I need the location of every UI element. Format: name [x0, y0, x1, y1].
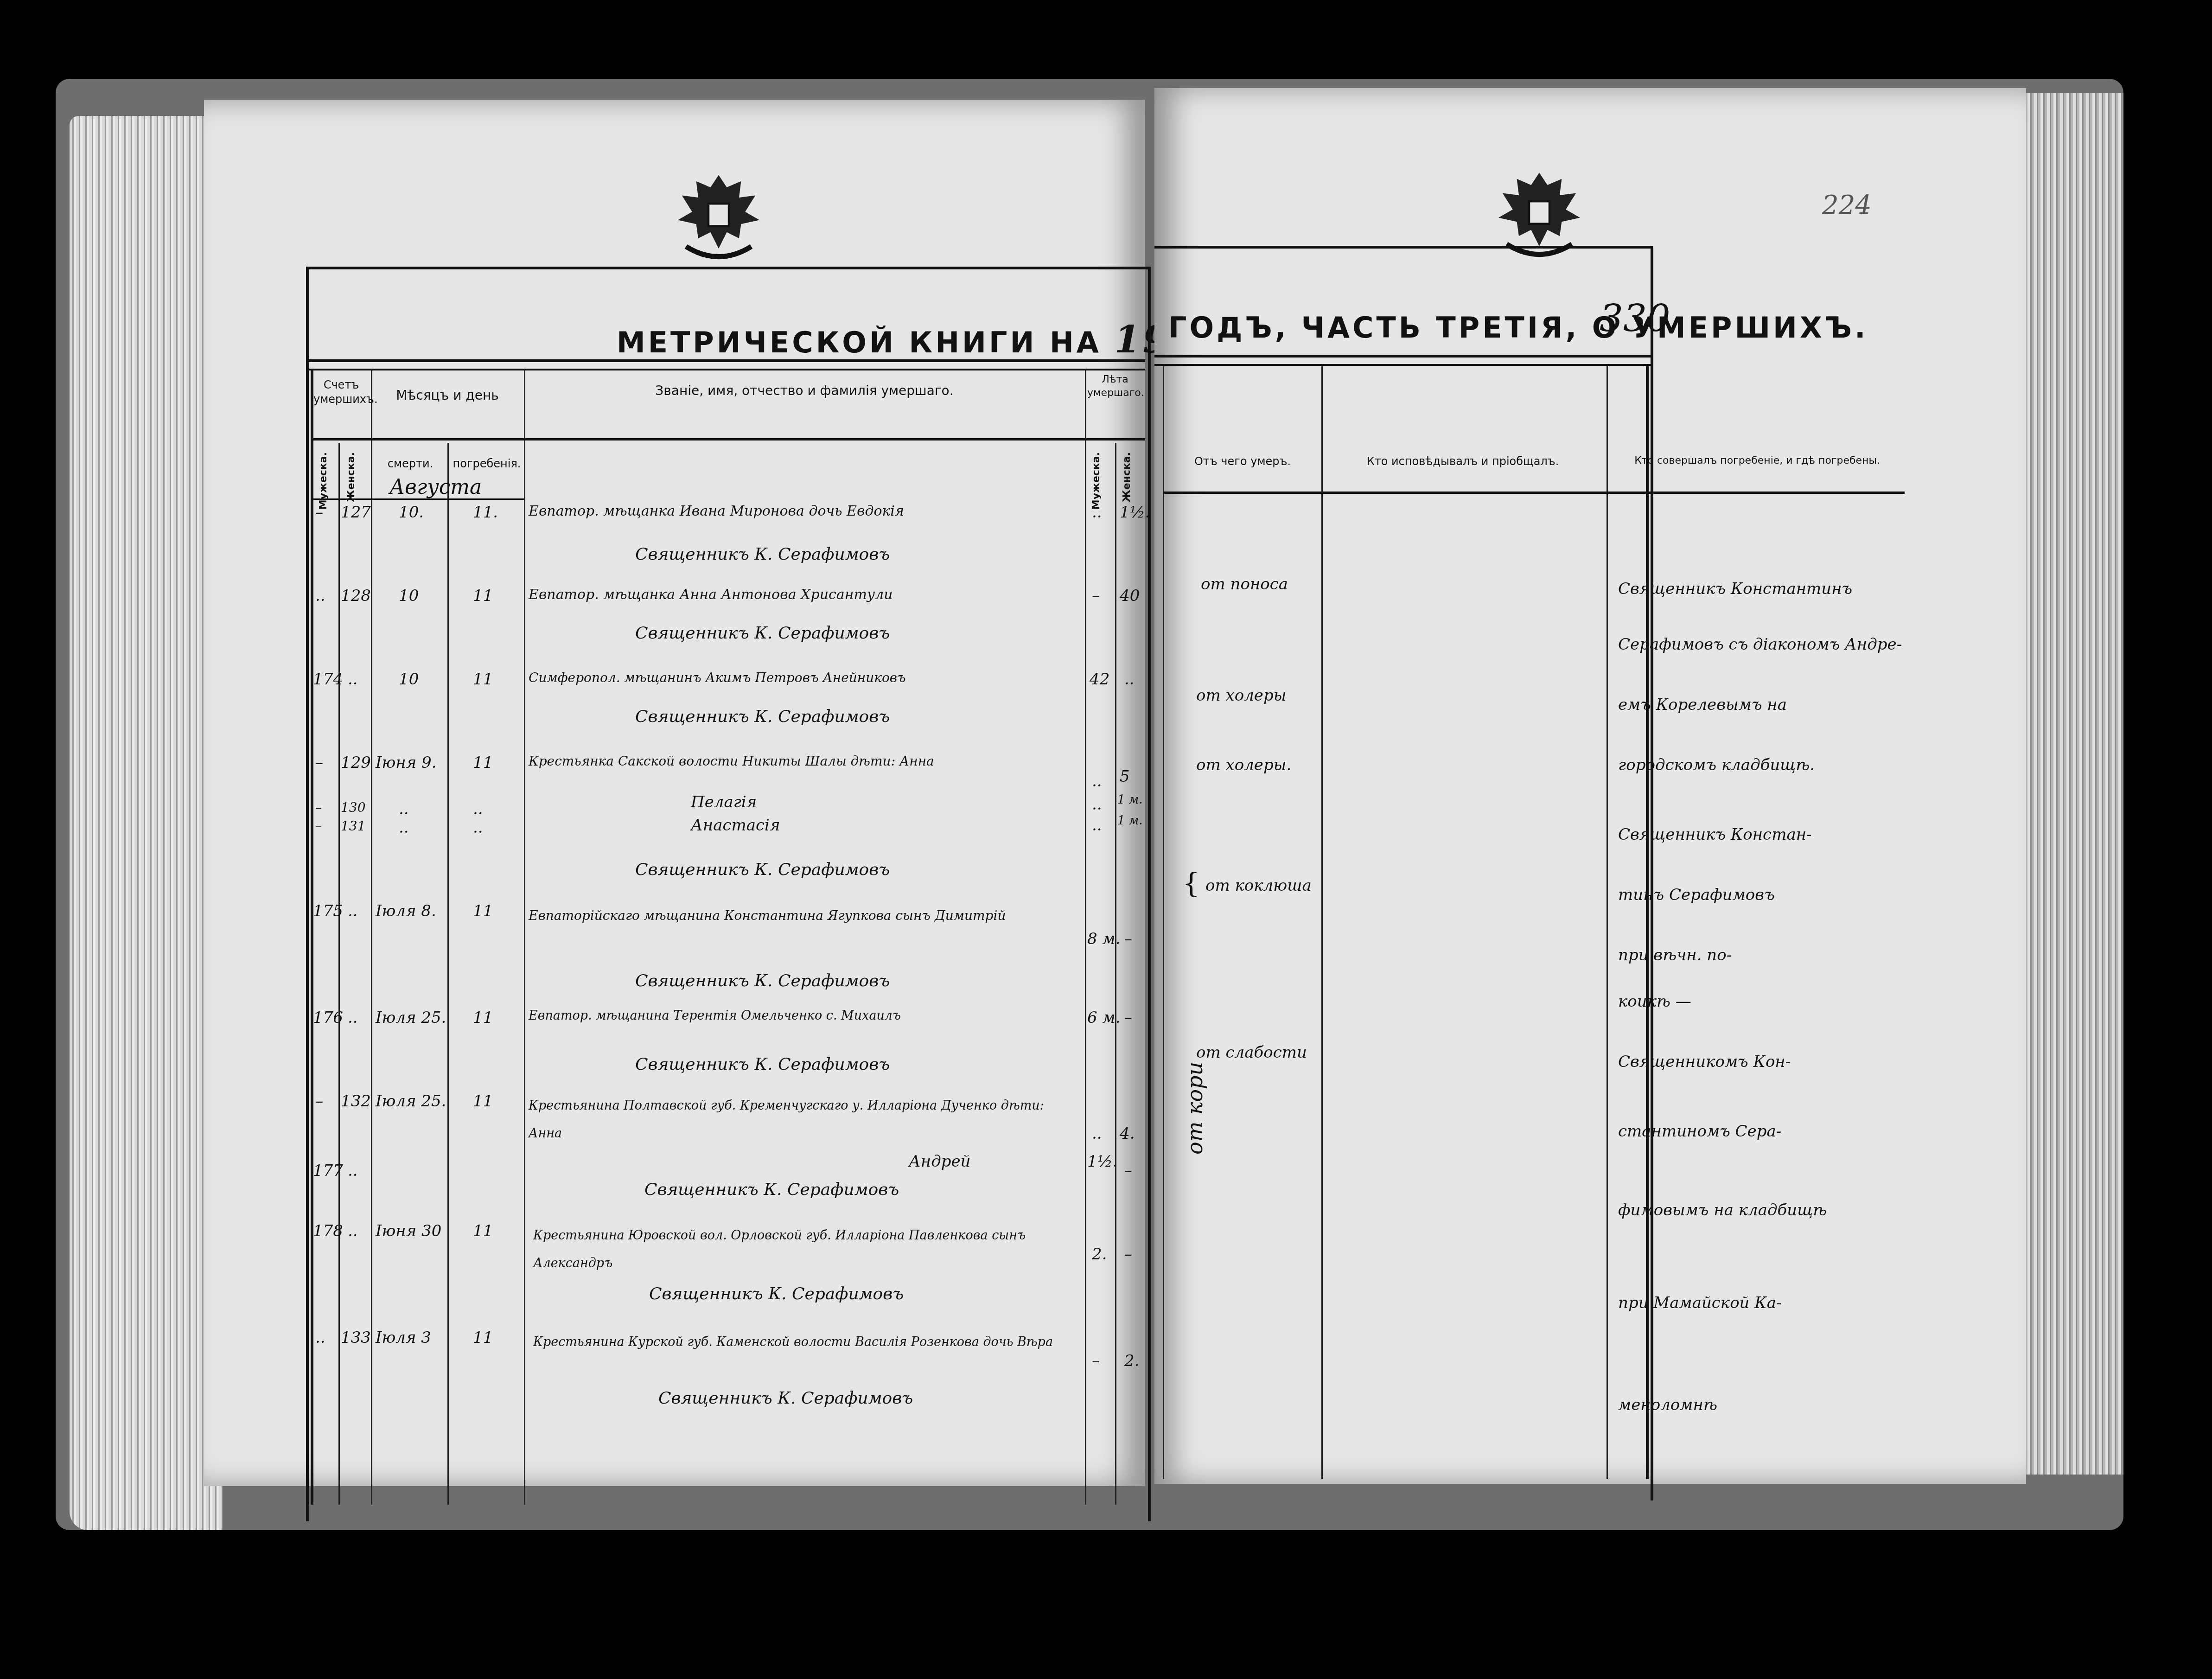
cause-of-death: от поноса: [1201, 575, 1288, 594]
burial-note: Серафимовъ съ діакономъ Андре-: [1618, 635, 1902, 654]
count-male: –: [315, 818, 322, 834]
priest-signature: Священникъ К. Серафимовъ: [635, 707, 890, 726]
burial-note: городскомъ кладбищѣ.: [1618, 756, 1815, 774]
burial-date: 11: [473, 753, 493, 772]
deceased-name: Евпатор. мѣщанка Анна Антонова Хрисантул…: [529, 587, 893, 603]
age-female: 1 м.: [1117, 814, 1143, 828]
death-date: Іюля 8.: [376, 902, 436, 920]
header-confessor: Кто исповѣдывалъ и пріобщалъ.: [1324, 454, 1602, 469]
col-line: [524, 369, 525, 1505]
age-female: –: [1124, 1245, 1132, 1264]
burial-note: Священникомъ Кон-: [1618, 1053, 1791, 1071]
col-line: [371, 369, 372, 1505]
burial-date: ..: [473, 800, 483, 818]
deceased-name: Крестьянина Юровской вол. Орловской губ.…: [533, 1222, 1080, 1277]
age-male: ..: [1092, 772, 1102, 791]
age-female: –: [1124, 1162, 1132, 1180]
age-male: 8 м.: [1087, 930, 1120, 948]
header-month-day: Мѣсяцъ и день: [371, 387, 524, 404]
burial-note: при вѣчн. по-: [1618, 946, 1732, 964]
count-female: ..: [348, 1009, 358, 1027]
burial-date: 11: [473, 902, 493, 920]
count-female: 129: [341, 753, 371, 772]
header-age-male: Мужеска.: [1090, 452, 1102, 510]
count-male: 175: [313, 902, 343, 920]
header-rule: [1154, 355, 1651, 366]
priest-signature: Священникъ К. Серафимовъ: [635, 624, 890, 643]
left-page: МЕТРИЧЕСКОЙ КНИГИ НА 1910 Счетъ умершихъ…: [204, 100, 1145, 1486]
header-count-male: Мужеска.: [318, 452, 329, 510]
col-line: [1163, 366, 1164, 1479]
burial-note: меноломнѣ: [1618, 1396, 1717, 1414]
col-line: [338, 443, 340, 1505]
burial-note: при Мамайской Ка-: [1618, 1294, 1781, 1312]
death-date: ..: [399, 818, 409, 837]
count-female: ..: [348, 1222, 358, 1240]
age-male: 2.: [1092, 1245, 1107, 1264]
count-male: 174: [313, 670, 343, 689]
age-male: ..: [1092, 795, 1102, 814]
page-number: 330: [1600, 297, 1670, 340]
count-female: ..: [348, 1162, 358, 1180]
col-line: [311, 369, 313, 1505]
age-male: 42: [1090, 670, 1109, 689]
count-female: 128: [341, 587, 371, 605]
age-female: 2.: [1124, 1352, 1139, 1370]
row-line: [1163, 492, 1905, 494]
age-male: –: [1092, 587, 1100, 605]
count-female: 127: [341, 503, 371, 522]
month-label: Августа: [389, 475, 482, 499]
priest-signature: Священникъ К. Серафимовъ: [635, 1055, 890, 1074]
deceased-name: Евпатор. мѣщанка Ивана Миронова дочь Евд…: [529, 503, 904, 519]
cause-of-death: от холеры.: [1196, 756, 1291, 774]
count-female: ..: [348, 902, 358, 920]
count-male: 177: [313, 1162, 343, 1180]
count-male: –: [315, 1092, 323, 1111]
burial-note: Священникъ Константинъ: [1618, 580, 1852, 598]
count-female: ..: [348, 670, 358, 689]
col-line: [1321, 366, 1323, 1479]
deceased-name: Симферопол. мѣщанинъ Акимъ Петровъ Анейн…: [529, 670, 906, 685]
burial-note: фимовымъ на кладбищѣ: [1618, 1201, 1827, 1219]
col-line: [1085, 369, 1086, 1505]
death-date: 10: [399, 670, 419, 689]
burial-date: 11: [473, 1328, 493, 1347]
header-count: Счетъ умершихъ.: [313, 378, 369, 407]
age-female: 1½.: [1120, 503, 1150, 522]
deceased-name: Крестьянка Сакской волости Никиты Шалы д…: [529, 753, 934, 769]
count-male: –: [315, 503, 323, 522]
count-female: 132: [341, 1092, 371, 1111]
death-date: Іюня 9.: [376, 753, 437, 772]
col-line: [1646, 366, 1649, 1479]
priest-signature: Священникъ К. Серафимовъ: [658, 1389, 913, 1408]
death-date: Іюля 25.: [376, 1092, 446, 1111]
count-male: –: [315, 800, 322, 815]
title-right: ГОДЪ, ЧАСТЬ ТРЕТІЯ, О УМЕРШИХЪ.: [1168, 311, 1868, 345]
age-male: 1½.: [1087, 1152, 1117, 1171]
burial-note: емъ Корелевымъ на: [1618, 696, 1787, 714]
cause-of-death: от коклюша: [1205, 876, 1312, 895]
col-line: [447, 443, 449, 1505]
header-age-female: Женска.: [1121, 452, 1133, 502]
count-male: 176: [313, 1009, 343, 1027]
burial-date: 11: [473, 670, 493, 689]
death-date: 10.: [399, 503, 424, 522]
age-female: 1 м.: [1117, 793, 1143, 807]
header-age: Лѣта умершаго.: [1087, 373, 1143, 400]
burial-date: 11.: [473, 503, 498, 522]
age-male: ..: [1092, 816, 1102, 835]
cause-of-death-vertical: от кори: [1182, 1062, 1207, 1155]
age-female: ..: [1124, 670, 1135, 689]
age-female: 40: [1120, 587, 1140, 605]
right-page: 224 ГОДЪ, ЧАСТЬ ТРЕТІЯ, О УМЕРШИХЪ. 330 …: [1154, 88, 2026, 1484]
header-name: Званіе, имя, отчество и фамилія умершаго…: [529, 383, 1080, 399]
brace-icon: {: [1182, 867, 1200, 900]
table-frame: [1154, 246, 1653, 1500]
deceased-name: Крестьянина Курской губ. Каменской волос…: [533, 1328, 1080, 1356]
priest-signature: Священникъ К. Серафимовъ: [649, 1284, 904, 1303]
col-line: [1115, 443, 1116, 1505]
burial-note: стантиномъ Сера-: [1618, 1122, 1781, 1141]
count-male: –: [315, 753, 323, 772]
archive-number: 224: [1822, 190, 1872, 220]
row-line: [311, 438, 1145, 440]
death-date: Іюля 3: [376, 1328, 431, 1347]
age-female: 4.: [1120, 1124, 1135, 1143]
cause-of-death: от холеры: [1196, 686, 1286, 705]
burial-date: 11: [473, 1092, 493, 1111]
age-male: 6 м.: [1087, 1009, 1120, 1027]
deceased-name: Андрей: [909, 1152, 970, 1171]
age-female: –: [1124, 930, 1132, 948]
double-headed-eagle-icon: [668, 165, 770, 271]
priest-signature: Священникъ К. Серафимовъ: [635, 860, 890, 879]
count-female: 130: [341, 800, 365, 815]
count-male: ..: [315, 587, 325, 605]
burial-date: 11: [473, 587, 493, 605]
deceased-name: Евпаторійскаго мѣщанина Константина Ягуп…: [529, 902, 1080, 930]
age-female: –: [1124, 1009, 1132, 1027]
col-line: [1606, 366, 1608, 1479]
priest-signature: Священникъ К. Серафимовъ: [635, 971, 890, 990]
count-male: 178: [313, 1222, 343, 1240]
deceased-name: Евпатор. мѣщанина Терентія Омельченко с.…: [529, 1009, 901, 1023]
deceased-name: Пелагія: [691, 793, 757, 811]
death-date: Іюня 30: [376, 1222, 441, 1240]
header-burial-by: Кто совершалъ погребеніе, и гдѣ погребен…: [1609, 454, 1906, 468]
page-edges-right: [2012, 93, 2123, 1475]
header-cause: Отъ чего умеръ.: [1166, 454, 1319, 469]
age-male: ..: [1092, 1124, 1102, 1143]
burial-date: 11: [473, 1009, 493, 1027]
burial-note: тинъ Серафимовъ: [1618, 886, 1775, 904]
age-male: ..: [1092, 503, 1102, 522]
burial-note: коикѣ —: [1618, 992, 1691, 1011]
header-count-female: Женска.: [345, 452, 357, 502]
age-female: 5: [1120, 767, 1130, 786]
burial-date: ..: [473, 818, 483, 837]
title-left: МЕТРИЧЕСКОЙ КНИГИ НА 1910: [617, 318, 1229, 361]
header-burial: погребенія.: [450, 457, 524, 471]
death-date: Іюля 25.: [376, 1009, 446, 1027]
priest-signature: Священникъ К. Серафимовъ: [644, 1180, 899, 1199]
burial-note: Священникъ Констан-: [1618, 825, 1812, 844]
deceased-name: Анастасія: [691, 816, 780, 835]
death-date: 10: [399, 587, 419, 605]
death-date: ..: [399, 800, 409, 818]
priest-signature: Священникъ К. Серафимовъ: [635, 545, 890, 564]
count-female: 131: [341, 818, 365, 834]
deceased-name: Крестьянина Полтавской губ. Кременчугска…: [529, 1092, 1080, 1148]
cause-of-death: от слабости: [1196, 1043, 1307, 1062]
count-male: ..: [315, 1328, 325, 1347]
header-rule: [309, 359, 1145, 370]
age-male: –: [1092, 1352, 1100, 1370]
burial-date: 11: [473, 1222, 493, 1240]
count-female: 133: [341, 1328, 371, 1347]
header-death: смерти.: [373, 457, 447, 471]
page-edges-left: [70, 116, 223, 1530]
